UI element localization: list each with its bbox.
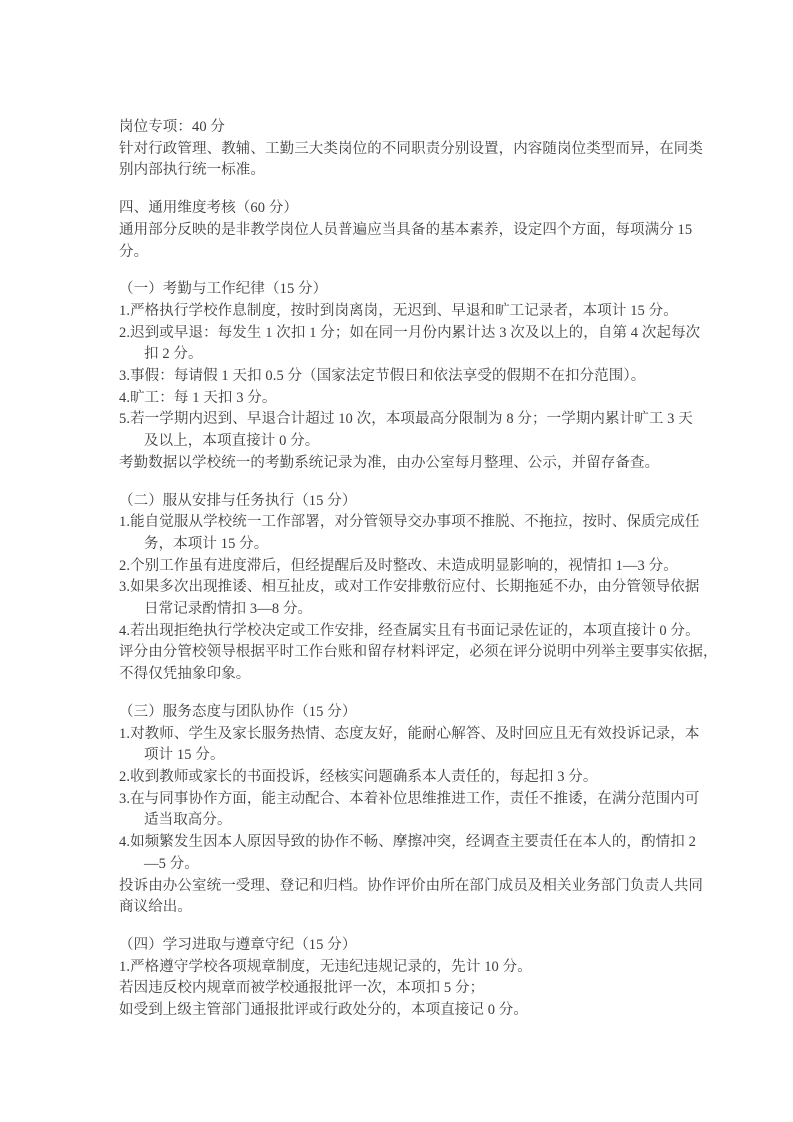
text-line: 针对行政管理、教辅、工勤三大类岗位的不同职责分别设置，内容随岗位类型而异，在同类 [119, 139, 719, 161]
list-item: 5.若一学期内迟到、早退合计超过 10 次，本项最高分限制为 8 分；一学期内累… [119, 409, 719, 452]
text-line: 1.能自觉服从学校统一工作部署，对分管领导交办事项不推脱、不拖拉，按时、保质完成… [119, 512, 719, 534]
text-line: 扣 2 分。 [119, 344, 719, 366]
text-line: 四、通用维度考核（60 分） [119, 198, 719, 220]
list-item: 2.收到教师或家长的书面投诉，经核实问题确系本人责任的，每起扣 3 分。 [119, 767, 719, 789]
text-line: 4.旷工：每 1 天扣 3 分。 [119, 388, 719, 410]
text-line: （三）服务态度与团队协作（15 分） [119, 702, 719, 724]
text-line: 日常记录酌情扣 3—8 分。 [119, 599, 719, 621]
text-line: 项计 15 分。 [119, 745, 719, 767]
text-line: 评分由分管校领导根据平时工作台账和留存材料评定，必须在评分说明中列举主要事实依据… [119, 642, 719, 664]
text-line: 5.若一学期内迟到、早退合计超过 10 次，本项最高分限制为 8 分；一学期内累… [119, 409, 719, 431]
text-line: 2.收到教师或家长的书面投诉，经核实问题确系本人责任的，每起扣 3 分。 [119, 767, 719, 789]
document-page: 岗位专项：40 分针对行政管理、教辅、工勤三大类岗位的不同职责分别设置，内容随岗… [0, 0, 793, 1122]
text-line: 4.如频繁发生因本人原因导致的协作不畅、摩擦冲突，经调查主要责任在本人的，酌情扣… [119, 832, 719, 854]
list-item: 1.能自觉服从学校统一工作部署，对分管领导交办事项不推脱、不拖拉，按时、保质完成… [119, 512, 719, 555]
text-line: 通用部分反映的是非教学岗位人员普遍应当具备的基本素养，设定四个方面，每项满分 1… [119, 220, 719, 242]
text-line: 2.迟到或早退：每发生 1 次扣 1 分；如在同一月份内累计达 3 次及以上的，… [119, 323, 719, 345]
list-item: 4.旷工：每 1 天扣 3 分。 [119, 388, 719, 410]
list-item: 4.若出现拒绝执行学校决定或工作安排，经查属实且有书面记录佐证的，本项直接计 0… [119, 621, 719, 643]
text-line: 岗位专项：40 分 [119, 117, 719, 139]
paragraph-spacer [119, 919, 719, 935]
text-line: 2.个别工作虽有进度滞后，但经提醒后及时整改、未造成明显影响的，视情扣 1—3 … [119, 556, 719, 578]
text-line: （一）考勤与工作纪律（15 分） [119, 279, 719, 301]
text-line: 3.事假：每请假 1 天扣 0.5 分（国家法定节假日和依法享受的假期不在扣分范… [119, 366, 719, 388]
section-heading: （一）考勤与工作纪律（15 分） [119, 279, 719, 301]
section-heading: 四、通用维度考核（60 分） [119, 198, 719, 220]
text-line: 适当取高分。 [119, 810, 719, 832]
paragraph-spacer [119, 475, 719, 491]
text-line: 别内部执行统一标准。 [119, 160, 719, 182]
section-heading: （三）服务态度与团队协作（15 分） [119, 702, 719, 724]
paragraph: 岗位专项：40 分 [119, 117, 719, 139]
text-line: （二）服从安排与任务执行（15 分） [119, 491, 719, 513]
text-line: 3.在与同事协作方面，能主动配合、本着补位思维推进工作，责任不推诿，在满分范围内… [119, 789, 719, 811]
text-line: 若因违反校内规章而被学校通报批评一次，本项扣 5 分； [119, 978, 719, 1000]
list-item: 1.严格遵守学校各项规章制度，无违纪违规记录的，先计 10 分。 [119, 957, 719, 979]
text-line: 务，本项计 15 分。 [119, 534, 719, 556]
text-line: 1.对教师、学生及家长服务热情、态度友好，能耐心解答、及时回应且无有效投诉记录，… [119, 724, 719, 746]
paragraph: 评分由分管校领导根据平时工作台账和留存材料评定，必须在评分说明中列举主要事实依据… [119, 642, 719, 685]
paragraph-spacer [119, 686, 719, 702]
paragraph: 若因违反校内规章而被学校通报批评一次，本项扣 5 分； [119, 978, 719, 1000]
text-line: 1.严格执行学校作息制度，按时到岗离岗，无迟到、早退和旷工记录者，本项计 15 … [119, 301, 719, 323]
text-line: 及以上，本项直接计 0 分。 [119, 431, 719, 453]
list-item: 1.对教师、学生及家长服务热情、态度友好，能耐心解答、及时回应且无有效投诉记录，… [119, 724, 719, 767]
paragraph: 针对行政管理、教辅、工勤三大类岗位的不同职责分别设置，内容随岗位类型而异，在同类… [119, 139, 719, 182]
paragraph: 考勤数据以学校统一的考勤系统记录为准，由办公室每月整理、公示，并留存备查。 [119, 453, 719, 475]
paragraph-spacer [119, 182, 719, 198]
text-line: 1.严格遵守学校各项规章制度，无违纪违规记录的，先计 10 分。 [119, 957, 719, 979]
text-line: 3.如果多次出现推诿、相互扯皮，或对工作安排敷衍应付、长期拖延不办，由分管领导依… [119, 577, 719, 599]
text-line: （四）学习进取与遵章守纪（15 分） [119, 935, 719, 957]
document-content: 岗位专项：40 分针对行政管理、教辅、工勤三大类岗位的不同职责分别设置，内容随岗… [119, 117, 719, 1022]
text-line: 4.若出现拒绝执行学校决定或工作安排，经查属实且有书面记录佐证的，本项直接计 0… [119, 621, 719, 643]
paragraph: 投诉由办公室统一受理、登记和归档。协作评价由所在部门成员及相关业务部门负责人共同… [119, 876, 719, 919]
text-line: 投诉由办公室统一受理、登记和归档。协作评价由所在部门成员及相关业务部门负责人共同 [119, 876, 719, 898]
list-item: 3.如果多次出现推诿、相互扯皮，或对工作安排敷衍应付、长期拖延不办，由分管领导依… [119, 577, 719, 620]
list-item: 2.个别工作虽有进度滞后，但经提醒后及时整改、未造成明显影响的，视情扣 1—3 … [119, 556, 719, 578]
paragraph-spacer [119, 263, 719, 279]
list-item: 3.事假：每请假 1 天扣 0.5 分（国家法定节假日和依法享受的假期不在扣分范… [119, 366, 719, 388]
list-item: 4.如频繁发生因本人原因导致的协作不畅、摩擦冲突，经调查主要责任在本人的，酌情扣… [119, 832, 719, 875]
text-line: —5 分。 [119, 854, 719, 876]
section-heading: （二）服从安排与任务执行（15 分） [119, 491, 719, 513]
paragraph: 如受到上级主管部门通报批评或行政处分的，本项直接记 0 分。 [119, 1000, 719, 1022]
text-line: 商议给出。 [119, 897, 719, 919]
text-line: 考勤数据以学校统一的考勤系统记录为准，由办公室每月整理、公示，并留存备查。 [119, 453, 719, 475]
section-heading: （四）学习进取与遵章守纪（15 分） [119, 935, 719, 957]
list-item: 1.严格执行学校作息制度，按时到岗离岗，无迟到、早退和旷工记录者，本项计 15 … [119, 301, 719, 323]
paragraph: 通用部分反映的是非教学岗位人员普遍应当具备的基本素养，设定四个方面，每项满分 1… [119, 220, 719, 263]
text-line: 不得仅凭抽象印象。 [119, 664, 719, 686]
text-line: 分。 [119, 242, 719, 264]
list-item: 3.在与同事协作方面，能主动配合、本着补位思维推进工作，责任不推诿，在满分范围内… [119, 789, 719, 832]
text-line: 如受到上级主管部门通报批评或行政处分的，本项直接记 0 分。 [119, 1000, 719, 1022]
list-item: 2.迟到或早退：每发生 1 次扣 1 分；如在同一月份内累计达 3 次及以上的，… [119, 323, 719, 366]
